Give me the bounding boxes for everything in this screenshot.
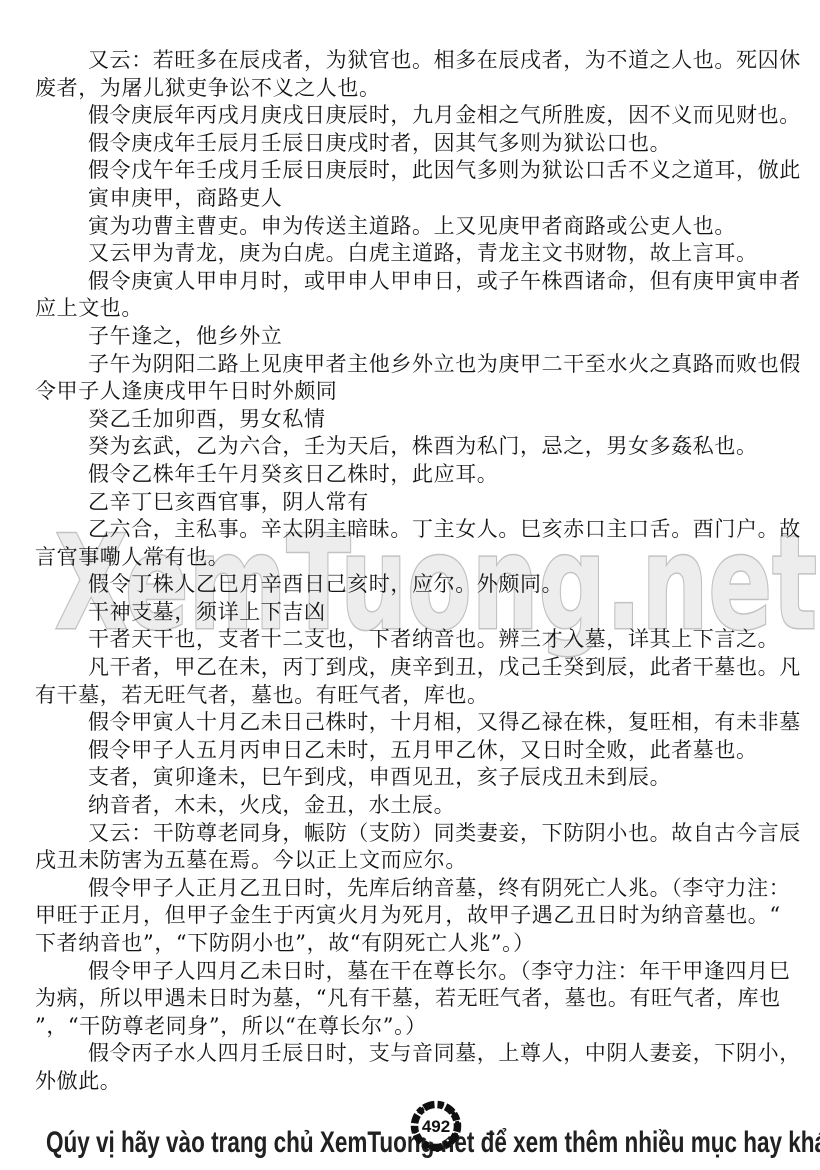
text-line: 假令甲子人五月丙申日乙未时，五月甲乙休，又日时全败，此者墓也。 (35, 737, 800, 765)
text-line: 废者，为屠儿狱吏争讼不义之人也。 (35, 75, 800, 103)
text-line: 戌丑未防害为五墓在焉。今以正上文而应尔。 (35, 847, 800, 875)
text-line: 应上文也。 (35, 295, 800, 323)
scanned-document-page: XemTuong.net 又云：若旺多在辰戌者，为狱官也。相多在辰戌者，为不道之… (0, 0, 820, 1170)
text-line: 甲旺于正月，但甲子金生于丙寅火月为死月，故甲子遇乙丑日时为纳音墓也。“ (35, 902, 800, 930)
text-line: 假令丙子水人四月壬辰日时，支与音同墓，上尊人，中阴人妻妾，下阴小， (35, 1040, 800, 1068)
text-line: 支者，寅卯逢未，巳午到戌，申酉见丑，亥子辰戌丑未到辰。 (35, 764, 800, 792)
document-lines: 又云：若旺多在辰戌者，为狱官也。相多在辰戌者，为不道之人也。死囚休废者，为屠儿狱… (35, 47, 800, 1096)
text-line: ”，“干防尊老同身”，所以“在尊长尔”。） (35, 1013, 800, 1041)
text-line: 假令庚戌年壬辰月壬辰日庚戌时者，因其气多则为狱讼口也。 (35, 130, 800, 158)
text-line: 寅申庚甲，商路吏人 (35, 185, 800, 213)
text-line: 子午逢之，他乡外立 (35, 323, 800, 351)
text-line: 假令甲寅人十月乙未日己株时，十月相，又得乙禄在株，复旺相，有未非墓也。 (35, 709, 800, 737)
text-line: 有干墓，若无旺气者，墓也。有旺气者，库也。 (35, 682, 800, 710)
text-line: 癸为玄武，乙为六合，壬为天后，株酉为私门，忌之，男女多姦私也。 (35, 433, 800, 461)
text-line: 下者纳音也”，“下防阴小也”，故“有阴死亡人兆”。） (35, 930, 800, 958)
text-line: 假令戊午年壬戌月壬辰日庚辰时，此因气多则为狱讼口舌不义之道耳，倣此。 (35, 157, 800, 185)
text-line: 令甲子人逢庚戌甲午日时外颇同 (35, 378, 800, 406)
text-line: 乙辛丁巳亥酉官事，阴人常有 (35, 489, 800, 517)
text-line: 凡干者，甲乙在未，丙丁到戌，庚辛到丑，戊己壬癸到辰，此者干墓也。凡 (35, 654, 800, 682)
text-line: 又云甲为青龙，庚为白虎。白虎主道路，青龙主文书财物，故上言耳。 (35, 240, 800, 268)
page-number: 492 (422, 1117, 450, 1136)
text-line: 假令甲子人四月乙未日时，墓在干在尊长尔。（李守力注：年干甲逢四月巳 (35, 958, 800, 986)
text-line: 又云：若旺多在辰戌者，为狱官也。相多在辰戌者，为不道之人也。死囚休 (35, 47, 800, 75)
text-line: 乙六合，主私事。辛太阴主暗昧。丁主女人。巳亥赤口主口舌。酉门户。故 (35, 516, 800, 544)
text-line: 癸乙壬加卯酉，男女私情 (35, 406, 800, 434)
text-line: 假令庚寅人甲申月时，或甲申人甲申日，或子午株酉诸命，但有庚甲寅申者 (35, 268, 800, 296)
text-line: 假令甲子人正月乙丑日时，先库后纳音墓，终有阴死亡人兆。（李守力注： (35, 875, 800, 903)
text-line: 干者天干也，支者十二支也，下者纳音也。辨三才入墓，详其上下言之。 (35, 626, 800, 654)
text-line: 寅为功曹主曹吏。申为传送主道路。上又见庚甲者商路或公吏人也。 (35, 213, 800, 241)
text-line: 干神支墓，须详上下吉凶 (35, 599, 800, 627)
text-line: 言官事嘞人常有也。 (35, 544, 800, 572)
text-line: 又云：干防尊老同身，帪防（支防）同类妻妾，下防阴小也。故自古今言辰 (35, 820, 800, 848)
text-line: 子午为阴阳二路上见庚甲者主他乡外立也为庚甲二干至水火之真路而败也假 (35, 351, 800, 379)
text-line: 假令庚辰年丙戌月庚戌日庚辰时，九月金相之气所胜废，因不义而见财也。 (35, 102, 800, 130)
text-line: 外倣此。 (35, 1068, 800, 1096)
text-line: 假令乙株年壬午月癸亥日乙株时，此应耳。 (35, 461, 800, 489)
text-line: 假令丁株人乙巳月辛酉日己亥时，应尔。外颇同。 (35, 571, 800, 599)
text-line: 纳音者，木未，火戌，金丑，水土辰。 (35, 792, 800, 820)
text-line: 为病，所以甲遇未日时为墓，“凡有干墓，若无旺气者，墓也。有旺气者，库也 (35, 985, 800, 1013)
document-body: 又云：若旺多在辰戌者，为狱官也。相多在辰戌者，为不道之人也。死囚休废者，为屠儿狱… (35, 47, 800, 1096)
page-number-stamp: 492 (407, 1098, 465, 1156)
